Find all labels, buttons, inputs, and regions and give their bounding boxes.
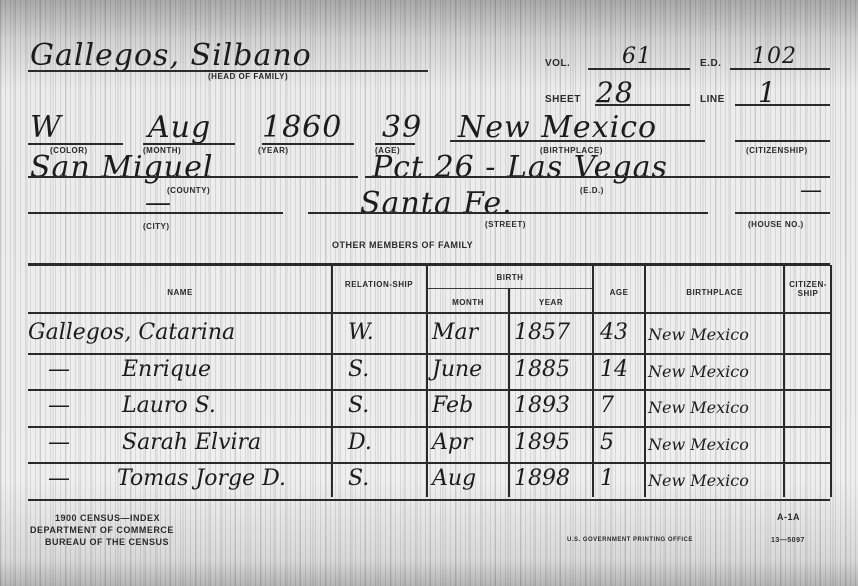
cell-month: Mar [432,320,478,345]
cell-age: 43 [600,320,628,345]
divider [143,143,235,145]
cell-name: Tomas Jorge D. [117,466,286,491]
citizenship-label: (Citizenship) [746,146,808,155]
table-top-rule [28,263,830,266]
cell-birthplace: New Mexico [648,362,749,381]
cell-relationship: S. [348,357,369,382]
col-divider [830,265,832,497]
cell-year: 1885 [514,357,570,382]
cell-year: 1857 [514,320,570,345]
cell-birthplace: New Mexico [648,435,749,454]
cell-relationship: S. [348,466,369,491]
printer-credit: U.S. Government Printing Office [567,537,693,543]
line-value: 1 [758,76,777,109]
divider [735,104,830,106]
cell-prefix: — [48,430,70,455]
col-header-citizenship: Citizen-ship [787,280,829,298]
col-header-birthplace: Birthplace [648,288,781,297]
row-divider [28,353,830,355]
house-number-label: (House No.) [748,220,804,229]
cell-year: 1895 [514,430,570,455]
cell-age: 5 [600,430,614,455]
enumeration-district-value: Pct 26 - Las Vegas [372,150,668,185]
col-header-birth: Birth [430,273,590,282]
cell-age: 7 [600,393,614,418]
row-divider [28,426,830,428]
birth-month-value: Aug [148,110,211,145]
cell-name: Sarah Elvira [122,430,261,455]
census-index-card: Gallegos, Silbano (Head of Family) VOL. … [0,0,858,586]
birth-subheader-rule [428,288,593,289]
cell-name: Gallegos, Catarina [28,320,235,345]
cell-relationship: D. [348,430,372,455]
ed-label: E.D. [700,58,721,69]
cell-age: 1 [600,466,614,491]
col-divider [508,288,510,497]
divider [308,212,708,214]
table-header-rule [28,312,830,314]
cell-prefix: — [48,357,70,382]
row-divider [28,462,830,464]
head-of-family-name: Gallegos, Silbano [30,38,312,73]
cell-month: Apr [432,430,473,455]
vol-label: VOL. [545,58,570,69]
line-label: LINE [700,94,725,105]
age-value: 39 [382,110,422,145]
form-id: A-1a [777,512,800,522]
house-number-value: — [800,178,823,203]
street-value: Santa Fe. [360,186,513,221]
cell-birthplace: New Mexico [648,471,749,490]
footer-census-index: 1900 Census—Index [55,513,160,523]
divider [28,143,123,145]
footer-bureau: Bureau of the Census [45,537,169,547]
county-value: San Miguel [30,150,213,185]
col-header-age: Age [596,288,642,297]
cell-relationship: S. [348,393,369,418]
other-members-label: Other Members of Family [332,240,473,250]
cell-birthplace: New Mexico [648,398,749,417]
ed-value: 102 [752,44,797,69]
city-label: (City) [143,222,170,231]
divider [28,212,283,214]
col-header-year: Year [512,298,590,307]
street-label: (Street) [485,220,526,229]
cell-month: Aug [432,466,476,491]
sheet-label: SHEET [545,94,581,105]
footer-department: Department of Commerce [30,525,174,535]
row-divider [28,499,830,501]
divider [262,143,354,145]
birth-year-value: 1860 [262,110,342,145]
cell-year: 1893 [514,393,570,418]
cell-prefix: — [48,466,70,491]
cell-name: Enrique [122,357,211,382]
col-header-month: Month [430,298,506,307]
row-divider [28,389,830,391]
divider [365,176,830,178]
divider [450,140,705,142]
divider [735,212,830,214]
cell-year: 1898 [514,466,570,491]
cell-relationship: W. [348,320,374,345]
birth-year-label: (Year) [258,146,289,155]
cell-name: Lauro S. [122,393,216,418]
col-header-relationship: Relation-ship [335,280,423,289]
cell-month: June [432,357,482,382]
county-label: (County) [167,186,210,195]
col-header-name: Name [120,288,240,297]
divider [735,140,830,142]
enumeration-district-label: (E.D.) [580,186,604,195]
cell-age: 14 [600,357,628,382]
sheet-value: 28 [596,76,634,109]
form-number: 13—5097 [771,537,805,544]
cell-month: Feb [432,393,473,418]
divider [28,176,358,178]
vol-value: 61 [622,44,652,69]
divider [375,143,415,145]
head-of-family-label: (Head of Family) [208,72,288,81]
cell-prefix: — [48,393,70,418]
color-value: W [30,110,62,145]
cell-birthplace: New Mexico [648,325,749,344]
